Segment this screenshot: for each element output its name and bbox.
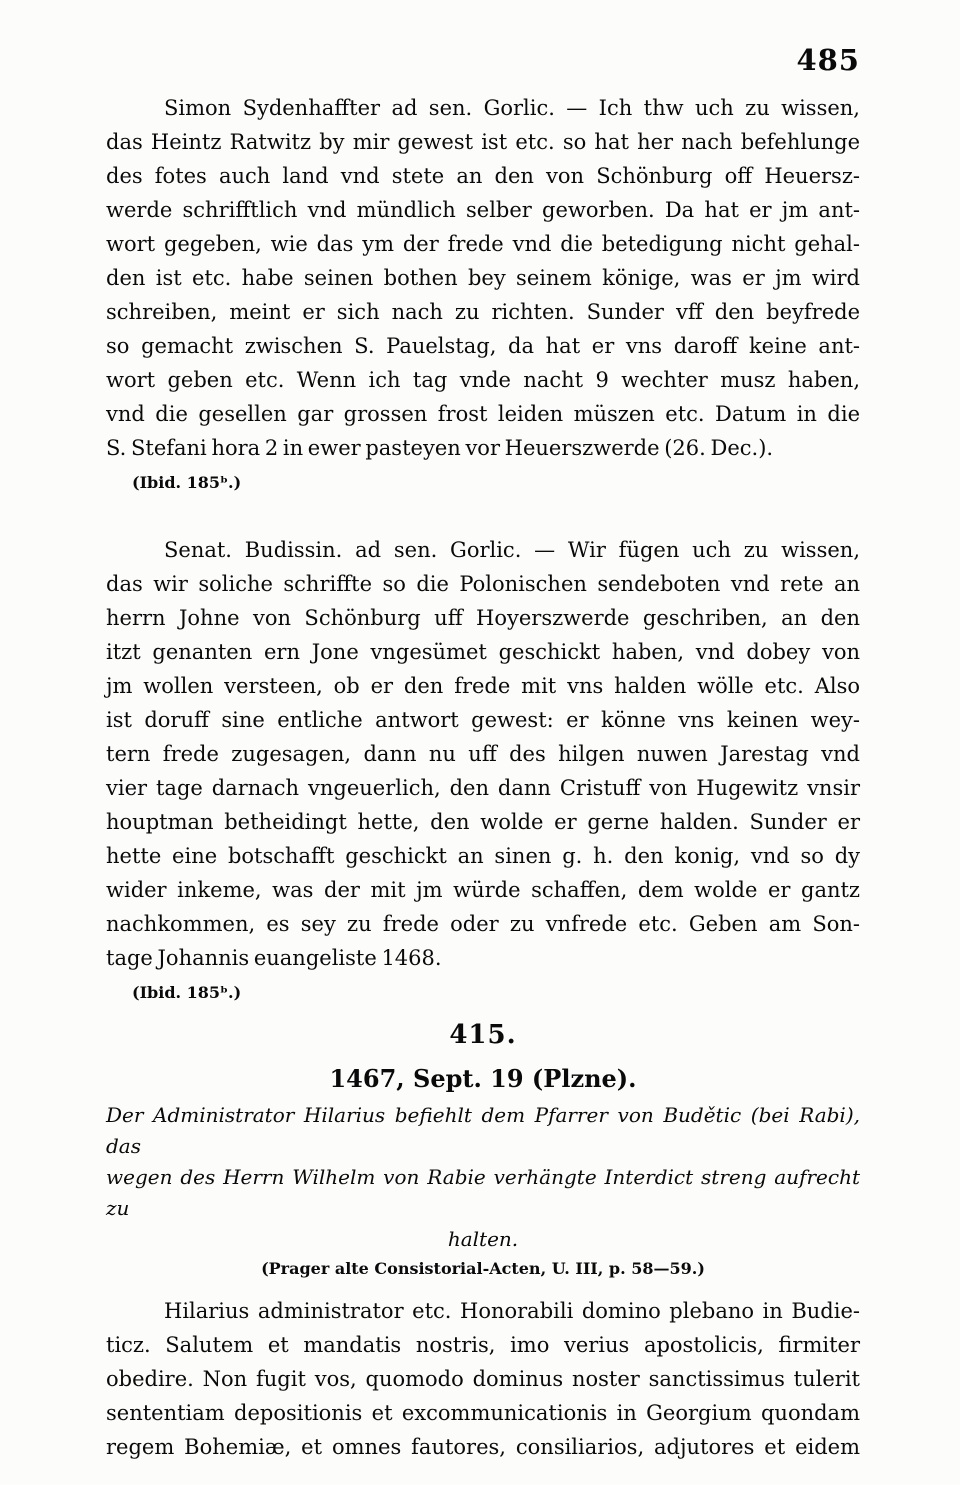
text-line: sententiam depositionis et excommunicati… xyxy=(106,1396,860,1430)
book-page: 485 Simon Sydenhaffter ad sen. Gorlic. —… xyxy=(0,0,960,1485)
text-line: S. Stefani hora 2 in ewer pasteyen vor H… xyxy=(106,431,860,465)
source-note-ibid-2: (Ibid. 185ᵇ.) xyxy=(132,981,860,1005)
text-line: tern frede zugesagen, dann nu uff des hi… xyxy=(106,737,860,771)
text-line: jm wollen versteen, ob er den frede mit … xyxy=(106,669,860,703)
text-line: itzt genanten ern Jone vngesümet geschic… xyxy=(106,635,860,669)
text-line: Simon Sydenhaffter ad sen. Gorlic. — Ich… xyxy=(106,91,860,125)
text-line: Senat. Budissin. ad sen. Gorlic. — Wir f… xyxy=(106,533,860,567)
text-line: nachkommen, es sey zu frede oder zu vnfr… xyxy=(106,907,860,941)
entry-415-regest: Der Administrator Hilarius befiehlt dem … xyxy=(106,1100,860,1255)
text-line: ist doruff sine entliche antwort gewest:… xyxy=(106,703,860,737)
source-note-ibid-1: (Ibid. 185ᵇ.) xyxy=(132,471,860,495)
text-line: regem Bohemiæ, et omnes fautores, consil… xyxy=(106,1430,860,1464)
text-line: das wir soliche schriffte so die Polonis… xyxy=(106,567,860,601)
text-line: den ist etc. habe seinen bothen bey sein… xyxy=(106,261,860,295)
source-note-prager-consistorial-acten: (Prager alte Consistorial-Acten, U. III,… xyxy=(106,1258,860,1280)
page-number: 485 xyxy=(106,45,860,75)
text-line: werde schrifftlich vnd mündlich selber g… xyxy=(106,193,860,227)
letter-simon-sydenhaffter: Simon Sydenhaffter ad sen. Gorlic. — Ich… xyxy=(106,91,860,465)
text-line: wort geben etc. Wenn ich tag vnde nacht … xyxy=(106,363,860,397)
entry-415-date: 1467, Sept. 19 (Plzne). xyxy=(106,1065,860,1093)
text-line: houptman betheidingt hette, den wolde er… xyxy=(106,805,860,839)
text-line: halten. xyxy=(106,1224,860,1255)
entry-415-number: 415. xyxy=(106,1019,860,1051)
text-line: des fotes auch land vnd stete an den von… xyxy=(106,159,860,193)
text-line: vier tage darnach vngeuerlich, den dann … xyxy=(106,771,860,805)
text-line: Der Administrator Hilarius befiehlt dem … xyxy=(106,1100,860,1162)
text-line: schreiben, meint er sich nach zu richten… xyxy=(106,295,860,329)
text-line: tage Johannis euangeliste 1468. xyxy=(106,941,860,975)
text-line: wider inkeme, was der mit jm würde schaf… xyxy=(106,873,860,907)
text-line: vnd die gesellen gar grossen frost leide… xyxy=(106,397,860,431)
letter-senat-budissin: Senat. Budissin. ad sen. Gorlic. — Wir f… xyxy=(106,533,860,975)
text-line: das Heintz Ratwitz by mir gewest ist etc… xyxy=(106,125,860,159)
text-line: ticz. Salutem et mandatis nostris, imo v… xyxy=(106,1328,860,1362)
text-line: Hilarius administrator etc. Honorabili d… xyxy=(106,1294,860,1328)
text-line: so gemacht zwischen S. Pauelstag, da hat… xyxy=(106,329,860,363)
text-line: obedire. Non fugit vos, quomodo dominus … xyxy=(106,1362,860,1396)
text-line: herrn Johne von Schönburg uff Hoyerszwer… xyxy=(106,601,860,635)
letter-hilarius-administrator: Hilarius administrator etc. Honorabili d… xyxy=(106,1294,860,1464)
text-line: hette eine botschafft geschickt an sinen… xyxy=(106,839,860,873)
text-line: wegen des Herrn Wilhelm von Rabie verhän… xyxy=(106,1162,860,1224)
text-line: wort gegeben, wie das ym der frede vnd d… xyxy=(106,227,860,261)
